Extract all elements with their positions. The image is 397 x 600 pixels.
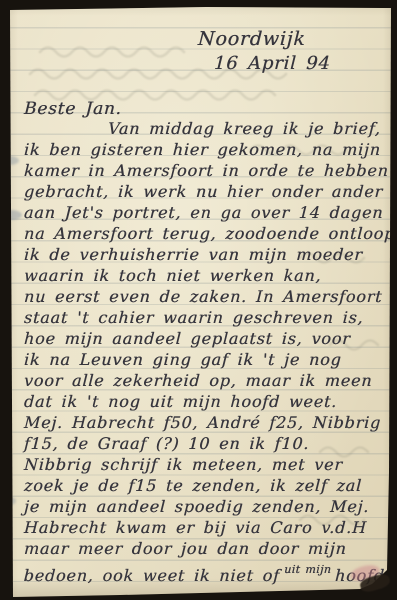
letter-line: Habrecht kwam er bij via Caro v.d.H — [23, 517, 391, 538]
last-line-after: hoofd, — [335, 566, 392, 585]
letter-line: Van middag kreeg ik je brief, — [23, 118, 391, 139]
letter-line: aan Jet's portret, en ga over 14 dagen — [23, 202, 391, 223]
letter-line: nu eerst even de zaken. In Amersfoort — [23, 286, 391, 307]
letter-line: maar meer door jou dan door mijn — [23, 538, 391, 559]
letter-page: Noordwijk 16 April 94 Beste Jan. Van mid… — [0, 0, 397, 600]
margin-ink-smudge — [0, 324, 12, 332]
letter-line: ik de verhuisherrie van mijn moeder — [23, 244, 391, 265]
scanned-letter-photo: Noordwijk 16 April 94 Beste Jan. Van mid… — [0, 0, 397, 600]
letter-line: zoek je de f15 te zenden, ik zelf zal — [23, 475, 391, 496]
letter-date: 16 April 94 — [213, 53, 331, 74]
letter-line: kamer in Amersfoort in orde te hebben — [23, 160, 391, 181]
interlinear-insertion: uit mijn — [284, 563, 332, 576]
margin-ink-smudge — [2, 497, 16, 505]
letter-salutation: Beste Jan. — [23, 99, 122, 119]
letter-line: Mej. Habrecht f50, André f25, Nibbrig — [23, 412, 391, 433]
letter-line: hoe mijn aandeel geplaatst is, voor — [23, 328, 391, 349]
letter-line: gebracht, ik werk nu hier onder ander — [23, 181, 391, 202]
letter-line: ik na Leuven ging gaf ik 't je nog — [23, 349, 391, 370]
letter-line: ik ben gisteren hier gekomen, na mijn — [23, 139, 391, 160]
letter-last-line: bedoen, ook weet ik niet ofuit mijnhoofd… — [23, 559, 391, 580]
margin-ink-smudge — [1, 156, 19, 165]
letter-line: staat 't cahier waarin geschreven is, — [23, 307, 391, 328]
letter-body: Van middag kreeg ik je brief, ik ben gis… — [24, 118, 391, 580]
letter-line: dat ik 't nog uit mijn hoofd weet. — [23, 391, 391, 412]
letter-place: Noordwijk — [197, 28, 306, 50]
letter-line: je mijn aandeel spoedig zenden, Mej. — [23, 496, 391, 517]
letter-line: waarin ik toch niet werken kan, — [23, 265, 391, 286]
margin-ink-smudge — [0, 210, 22, 220]
letter-line: f15, de Graaf (?) 10 en ik f10. — [23, 433, 391, 454]
letter-line: na Amersfoort terug, zoodoende ontloop — [23, 223, 391, 244]
letter-line: voor alle zekerheid op, maar ik meen — [23, 370, 391, 391]
last-line-before: bedoen, ook weet ik niet of — [23, 566, 280, 585]
letter-line: Nibbrig schrijf ik meteen, met ver — [23, 454, 391, 475]
